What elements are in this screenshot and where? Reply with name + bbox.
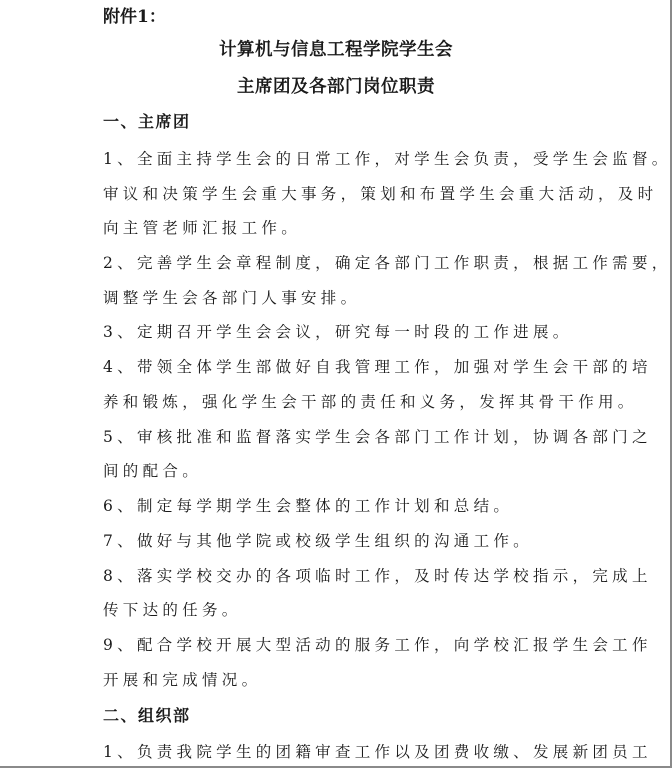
paragraph-line: 9、配合学校开展大型活动的服务工作，向学校汇报学生会工作 (103, 635, 652, 655)
document-subtitle: 主席团及各部门岗位职责 (0, 75, 672, 99)
paragraph-line: 5、审核批准和监督落实学生会各部门工作计划，协调各部门之 (103, 427, 652, 447)
paragraph-line: 间的配合。 (103, 461, 202, 481)
paragraph-line: 向主管老师汇报工作。 (103, 218, 301, 238)
attachment-label: 附件1： (103, 5, 166, 29)
paragraph-line: 6、制定每学期学生会整体的工作计划和总结。 (103, 496, 513, 516)
document-title: 计算机与信息工程学院学生会 (0, 38, 672, 62)
paragraph-line: 7、做好与其他学院或校级学生组织的沟通工作。 (103, 531, 533, 551)
paragraph-line: 传下达的任务。 (103, 600, 242, 620)
paragraph-line: 养和锻炼，强化学生会干部的责任和义务，发挥其骨干作用。 (103, 392, 638, 412)
paragraph-line: 2、完善学生会章程制度，确定各部门工作职责，根据工作需要， (103, 253, 672, 273)
document-page: 附件1： 计算机与信息工程学院学生会 主席团及各部门岗位职责 一、主席团 1、全… (0, 0, 672, 768)
section-heading-presidium: 一、主席团 (103, 111, 191, 133)
paragraph-line: 调整学生会各部门人事安排。 (103, 288, 360, 308)
paragraph-line: 8、落实学校交办的各项临时工作，及时传达学校指示，完成上 (103, 566, 652, 586)
paragraph-line: 4、带领全体学生部做好自我管理工作，加强对学生会干部的培 (103, 357, 652, 377)
paragraph-line: 1、全面主持学生会的日常工作，对学生会负责，受学生会监督。 (103, 149, 672, 169)
paragraph-line: 1、负责我院学生的团籍审查工作以及团费收缴、发展新团员工 (103, 742, 652, 762)
section-heading-organization: 二、组织部 (103, 705, 191, 727)
paragraph-line: 开展和完成情况。 (103, 670, 261, 690)
paragraph-line: 审议和决策学生会重大事务，策划和布置学生会重大活动，及时 (103, 184, 657, 204)
paragraph-line: 3、定期召开学生会会议，研究每一时段的工作进展。 (103, 322, 573, 342)
